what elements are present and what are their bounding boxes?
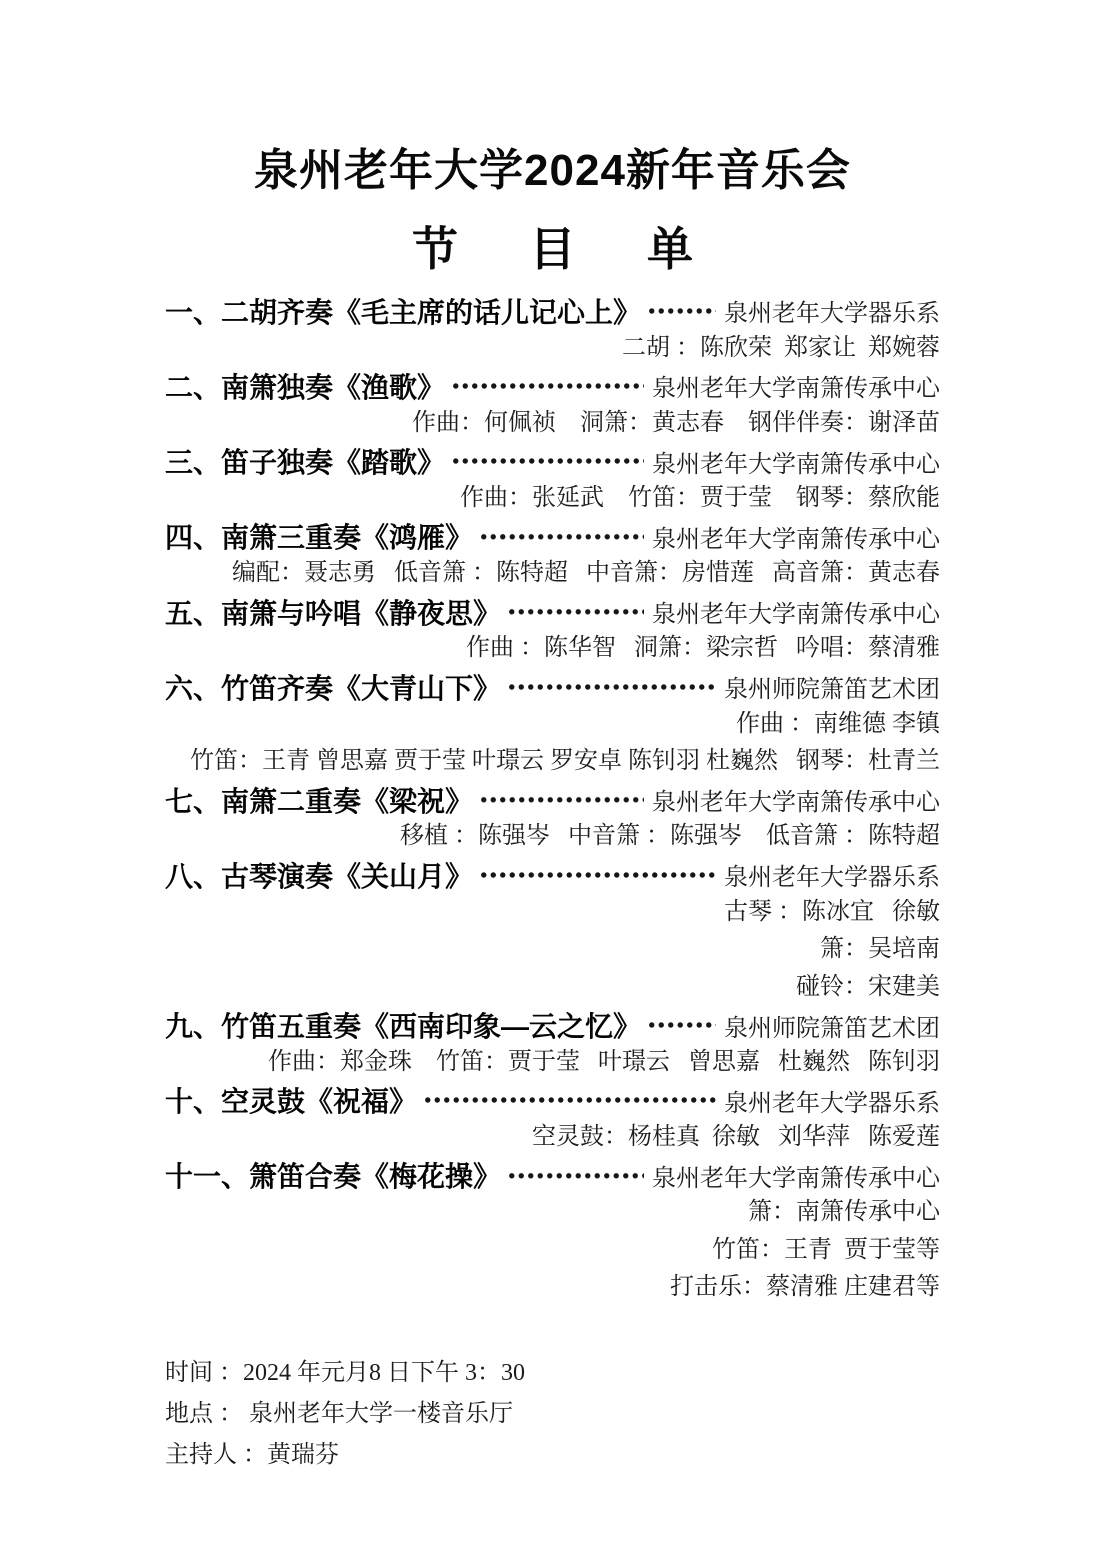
program-credit-line: 箫：吴培南: [165, 931, 940, 969]
page-title: 泉州老年大学2024新年音乐会: [165, 142, 940, 200]
program-item: 一、二胡齐奏《毛主席的话儿记心上》 泉州老年大学器乐系 二胡 ：陈欣荣 郑家让 …: [165, 292, 940, 367]
program-credit-line: 竹笛：王青 贾于莹等: [165, 1232, 940, 1270]
program-ensemble: 泉州老年大学南箫传承中心: [652, 368, 940, 403]
program-credit-line: 编配：聂志勇 低音箫 ：陈特超 中音箫：房惜莲 高音箫：黄志春: [165, 555, 940, 593]
program-ensemble: 泉州师院箫笛艺术团: [724, 669, 940, 704]
dot-leader: [451, 442, 644, 480]
program-credit-line: 古琴 ：陈冰宜 徐敏: [165, 894, 940, 932]
program-item: 七、南箫二重奏《梁祝》 泉州老年大学南箫传承中心 移植 ：陈强岑 中音箫 ：陈强…: [165, 781, 940, 856]
dot-leader: [507, 593, 644, 631]
dot-leader: [507, 668, 716, 706]
dot-leader: [647, 292, 716, 330]
program-item: 十、空灵鼓《祝福》 泉州老年大学器乐系 空灵鼓：杨桂真 徐敏 刘华萍 陈爱莲: [165, 1081, 940, 1156]
program-heading-line: 八、古琴演奏《关山月》 泉州老年大学器乐系: [165, 856, 940, 894]
dot-leader: [451, 367, 644, 405]
program-credit-line: 移植 ：陈强岑 中音箫 ：陈强岑 低音箫 ：陈特超: [165, 818, 940, 856]
event-info: 时间 ：2024 年元月8 日下午 3：30 地点 ： 泉州老年大学一楼音乐厅 …: [165, 1353, 940, 1476]
program-heading: 三、笛子独奏《踏歌》: [165, 441, 445, 481]
program-heading-line: 九、竹笛五重奏《西南印象—云之忆》 泉州师院箫笛艺术团: [165, 1006, 940, 1044]
event-location: 地点 ： 泉州老年大学一楼音乐厅: [165, 1394, 940, 1435]
program-ensemble: 泉州老年大学器乐系: [724, 293, 940, 328]
program-ensemble: 泉州老年大学南箫传承中心: [652, 782, 940, 817]
dot-leader: [507, 1157, 644, 1195]
program-credit-line: 作曲：郑金珠 竹笛：贾于莹 叶璟云 曾思嘉 杜巍然 陈钊羽: [165, 1044, 940, 1082]
program-ensemble: 泉州老年大学南箫传承中心: [652, 594, 940, 629]
dot-leader: [423, 1081, 716, 1119]
event-time: 时间 ：2024 年元月8 日下午 3：30: [165, 1353, 940, 1394]
program-credit-line: 竹笛：王青 曾思嘉 贾于莹 叶璟云 罗安卓 陈钊羽 杜巍然 钢琴：杜青兰: [165, 743, 940, 781]
program-heading-line: 三、笛子独奏《踏歌》 泉州老年大学南箫传承中心: [165, 442, 940, 480]
program-heading: 九、竹笛五重奏《西南印象—云之忆》: [165, 1005, 641, 1045]
program-heading: 一、二胡齐奏《毛主席的话儿记心上》: [165, 291, 641, 331]
event-host: 主持人 ：黄瑞芬: [165, 1435, 940, 1476]
program-item: 三、笛子独奏《踏歌》 泉州老年大学南箫传承中心 作曲：张延武 竹笛：贾于莹 钢琴…: [165, 442, 940, 517]
program-item: 九、竹笛五重奏《西南印象—云之忆》 泉州师院箫笛艺术团 作曲：郑金珠 竹笛：贾于…: [165, 1006, 940, 1081]
program-heading-line: 一、二胡齐奏《毛主席的话儿记心上》 泉州老年大学器乐系: [165, 292, 940, 330]
program-heading: 四、南箫三重奏《鸿雁》: [165, 516, 473, 556]
program-list: 一、二胡齐奏《毛主席的话儿记心上》 泉州老年大学器乐系 二胡 ：陈欣荣 郑家让 …: [165, 292, 940, 1307]
program-heading-line: 二、南箫独奏《渔歌》 泉州老年大学南箫传承中心: [165, 367, 940, 405]
dot-leader: [479, 518, 644, 556]
program-heading-line: 十一、箫笛合奏《梅花操》 泉州老年大学南箫传承中心: [165, 1157, 940, 1195]
program-ensemble: 泉州老年大学南箫传承中心: [652, 444, 940, 479]
dot-leader: [479, 856, 716, 894]
program-heading-line: 七、南箫二重奏《梁祝》 泉州老年大学南箫传承中心: [165, 781, 940, 819]
program-item: 八、古琴演奏《关山月》 泉州老年大学器乐系 古琴 ：陈冰宜 徐敏 箫：吴培南 碰…: [165, 856, 940, 1006]
program-ensemble: 泉州师院箫笛艺术团: [724, 1008, 940, 1043]
program-heading: 七、南箫二重奏《梁祝》: [165, 780, 473, 820]
program-ensemble: 泉州老年大学器乐系: [724, 1083, 940, 1118]
program-credit-line: 打击乐：蔡清雅 庄建君等: [165, 1269, 940, 1307]
program-ensemble: 泉州老年大学南箫传承中心: [652, 519, 940, 554]
program-item: 四、南箫三重奏《鸿雁》 泉州老年大学南箫传承中心 编配：聂志勇 低音箫 ：陈特超…: [165, 518, 940, 593]
program-credit-line: 箫：南箫传承中心: [165, 1194, 940, 1232]
program-heading: 十一、箫笛合奏《梅花操》: [165, 1155, 501, 1195]
program-item: 十一、箫笛合奏《梅花操》 泉州老年大学南箫传承中心 箫：南箫传承中心 竹笛：王青…: [165, 1157, 940, 1307]
program-heading: 十、空灵鼓《祝福》: [165, 1080, 417, 1120]
dot-leader: [479, 781, 644, 819]
concert-program-document: 泉州老年大学2024新年音乐会 节 目 单 一、二胡齐奏《毛主席的话儿记心上》 …: [0, 0, 1102, 1559]
program-item: 六、竹笛齐奏《大青山下》 泉州师院箫笛艺术团 作曲 ：南维德 李镇 竹笛：王青 …: [165, 668, 940, 781]
program-item: 五、南箫与吟唱《静夜思》 泉州老年大学南箫传承中心 作曲 ：陈华智 洞箫：梁宗哲…: [165, 593, 940, 668]
program-credit-line: 作曲 ：南维德 李镇: [165, 706, 940, 744]
program-heading-line: 五、南箫与吟唱《静夜思》 泉州老年大学南箫传承中心: [165, 593, 940, 631]
program-credit-line: 作曲 ：陈华智 洞箫：梁宗哲 吟唱：蔡清雅: [165, 630, 940, 668]
program-credit-line: 空灵鼓：杨桂真 徐敏 刘华萍 陈爱莲: [165, 1119, 940, 1157]
program-credit-line: 二胡 ：陈欣荣 郑家让 郑婉蓉: [165, 330, 940, 368]
program-heading-line: 六、竹笛齐奏《大青山下》 泉州师院箫笛艺术团: [165, 668, 940, 706]
program-heading: 五、南箫与吟唱《静夜思》: [165, 592, 501, 632]
page-subtitle: 节 目 单: [165, 222, 940, 278]
program-credit-line: 作曲：何佩祯 洞箫：黄志春 钢伴伴奏：谢泽苗: [165, 405, 940, 443]
program-ensemble: 泉州老年大学南箫传承中心: [652, 1158, 940, 1193]
program-heading: 二、南箫独奏《渔歌》: [165, 366, 445, 406]
program-heading-line: 四、南箫三重奏《鸿雁》 泉州老年大学南箫传承中心: [165, 518, 940, 556]
program-heading: 八、古琴演奏《关山月》: [165, 855, 473, 895]
program-credit-line: 碰铃：宋建美: [165, 969, 940, 1007]
program-heading: 六、竹笛齐奏《大青山下》: [165, 667, 501, 707]
program-credit-line: 作曲：张延武 竹笛：贾于莹 钢琴：蔡欣能: [165, 480, 940, 518]
dot-leader: [647, 1006, 716, 1044]
program-heading-line: 十、空灵鼓《祝福》 泉州老年大学器乐系: [165, 1081, 940, 1119]
program-item: 二、南箫独奏《渔歌》 泉州老年大学南箫传承中心 作曲：何佩祯 洞箫：黄志春 钢伴…: [165, 367, 940, 442]
program-ensemble: 泉州老年大学器乐系: [724, 857, 940, 892]
